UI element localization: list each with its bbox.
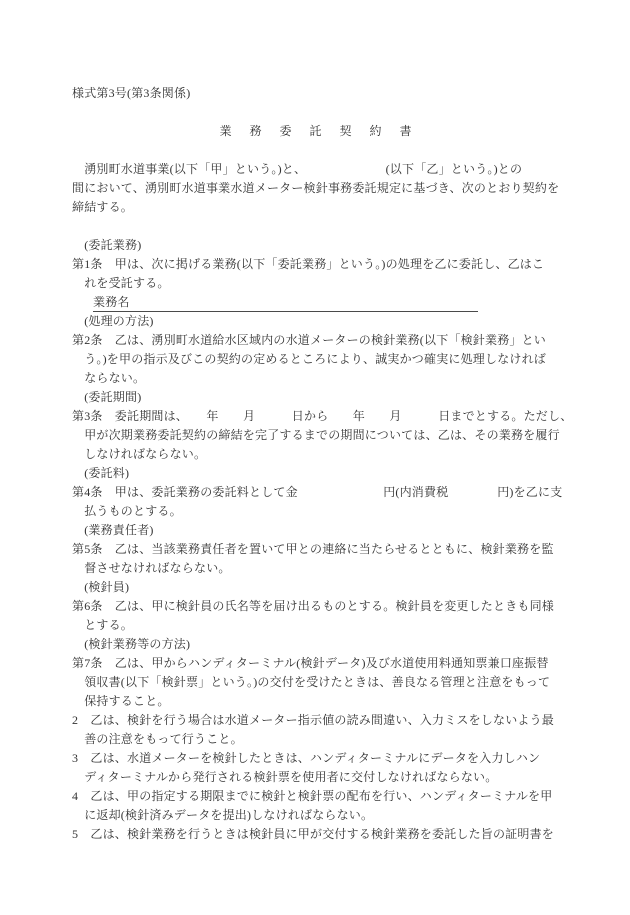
form-number: 様式第3号(第3条関係) [72,84,562,103]
section-heading-business-manager: (業務責任者) [72,521,562,540]
article-4-line-1: 第4条 甲は、委託業務の委託料として金 円(内消費税 円)を乙に支 [72,483,562,502]
section-heading-processing-method: (処理の方法) [72,312,562,331]
business-name-field: 業務名 [72,293,562,312]
document-title: 業 務 委 託 契 約 書 [72,122,562,141]
article-7-line-3: 保持すること。 [72,692,562,711]
article-2-line-1: 第2条 乙は、湧別町水道給水区域内の水道メーターの検針業務(以下「検針業務」とい [72,331,562,350]
intro-line-1: 湧別町水道事業(以下「甲」という。)と、 (以下「乙」という。)との [72,160,562,179]
article-3-line-3: しなければならない。 [72,445,562,464]
section-heading-consignment-business: (委託業務) [72,236,562,255]
article-7-line-2: 領収書(以下「検針票」という。)の交付を受けたときは、善良なる管理と注意をもって [72,673,562,692]
section-heading-consignment-period: (委託期間) [72,388,562,407]
article-5-line-2: 督させなければならない。 [72,559,562,578]
article-7-paragraph-2-line-1: 2 乙は、検針を行う場合は水道メーター指示値の読み間違い、入力ミスをしないよう最 [72,711,562,730]
contract-document-page: 様式第3号(第3条関係) 業 務 委 託 契 約 書 湧別町水道事業(以下「甲」… [0,0,630,915]
article-4-line-2: 払うものとする。 [72,502,562,521]
article-1-line-1: 第1条 甲は、次に掲げる業務(以下「委託業務」という。)の処理を乙に委託し、乙は… [72,255,562,274]
article-6-line-2: とする。 [72,616,562,635]
article-7-paragraph-3-line-2: ディターミナルから発行される検針票を使用者に交付しなければならない。 [72,768,562,787]
section-heading-meter-reader: (検針員) [72,578,562,597]
intro-line-3: 締結する。 [72,198,562,217]
article-7-line-1: 第7条 乙は、甲からハンディターミナル(検針データ)及び水道使用料通知票兼口座振… [72,654,562,673]
article-7-paragraph-5-line-1: 5 乙は、検針業務を行うときは検針員に甲が交付する検針業務を委託した旨の証明書を [72,825,562,844]
article-2-line-3: ならない。 [72,369,562,388]
article-3-line-1: 第3条 委託期間は、 年 月 日から 年 月 日までとする。ただし、 [72,407,562,426]
business-name-underline: 業務名 [93,294,478,312]
section-heading-meter-reading-method: (検針業務等の方法) [72,635,562,654]
article-7-paragraph-3-line-1: 3 乙は、水道メーターを検針したときは、ハンディターミナルにデータを入力しハン [72,749,562,768]
article-7-paragraph-2-line-2: 善の注意をもって行うこと。 [72,730,562,749]
article-1-line-2: れを受託する。 [72,274,562,293]
section-heading-consignment-fee: (委託料) [72,464,562,483]
intro-line-2: 間において、湧別町水道事業水道メーター検針事務委託規定に基づき、次のとおり契約を [72,179,562,198]
article-6-line-1: 第6条 乙は、甲に検針員の氏名等を届け出るものとする。検針員を変更したときも同様 [72,597,562,616]
article-7-paragraph-4-line-1: 4 乙は、甲の指定する期限までに検針と検針票の配布を行い、ハンディターミナルを甲 [72,787,562,806]
article-3-line-2: 甲が次期業務委託契約の締結を完了するまでの期間については、乙は、その業務を履行 [72,426,562,445]
blank-line [72,103,562,122]
blank-line [72,141,562,160]
blank-line [72,217,562,236]
article-7-paragraph-4-line-2: に返却(検針済みデータを提出)しなければならない。 [72,806,562,825]
document-body: 様式第3号(第3条関係) 業 務 委 託 契 約 書 湧別町水道事業(以下「甲」… [72,84,562,844]
article-5-line-1: 第5条 乙は、当該業務責任者を置いて甲との連絡に当たらせるとともに、検針業務を監 [72,540,562,559]
article-2-line-2: う。)を甲の指示及びこの契約の定めるところにより、誠実かつ確実に処理しなければ [72,350,562,369]
